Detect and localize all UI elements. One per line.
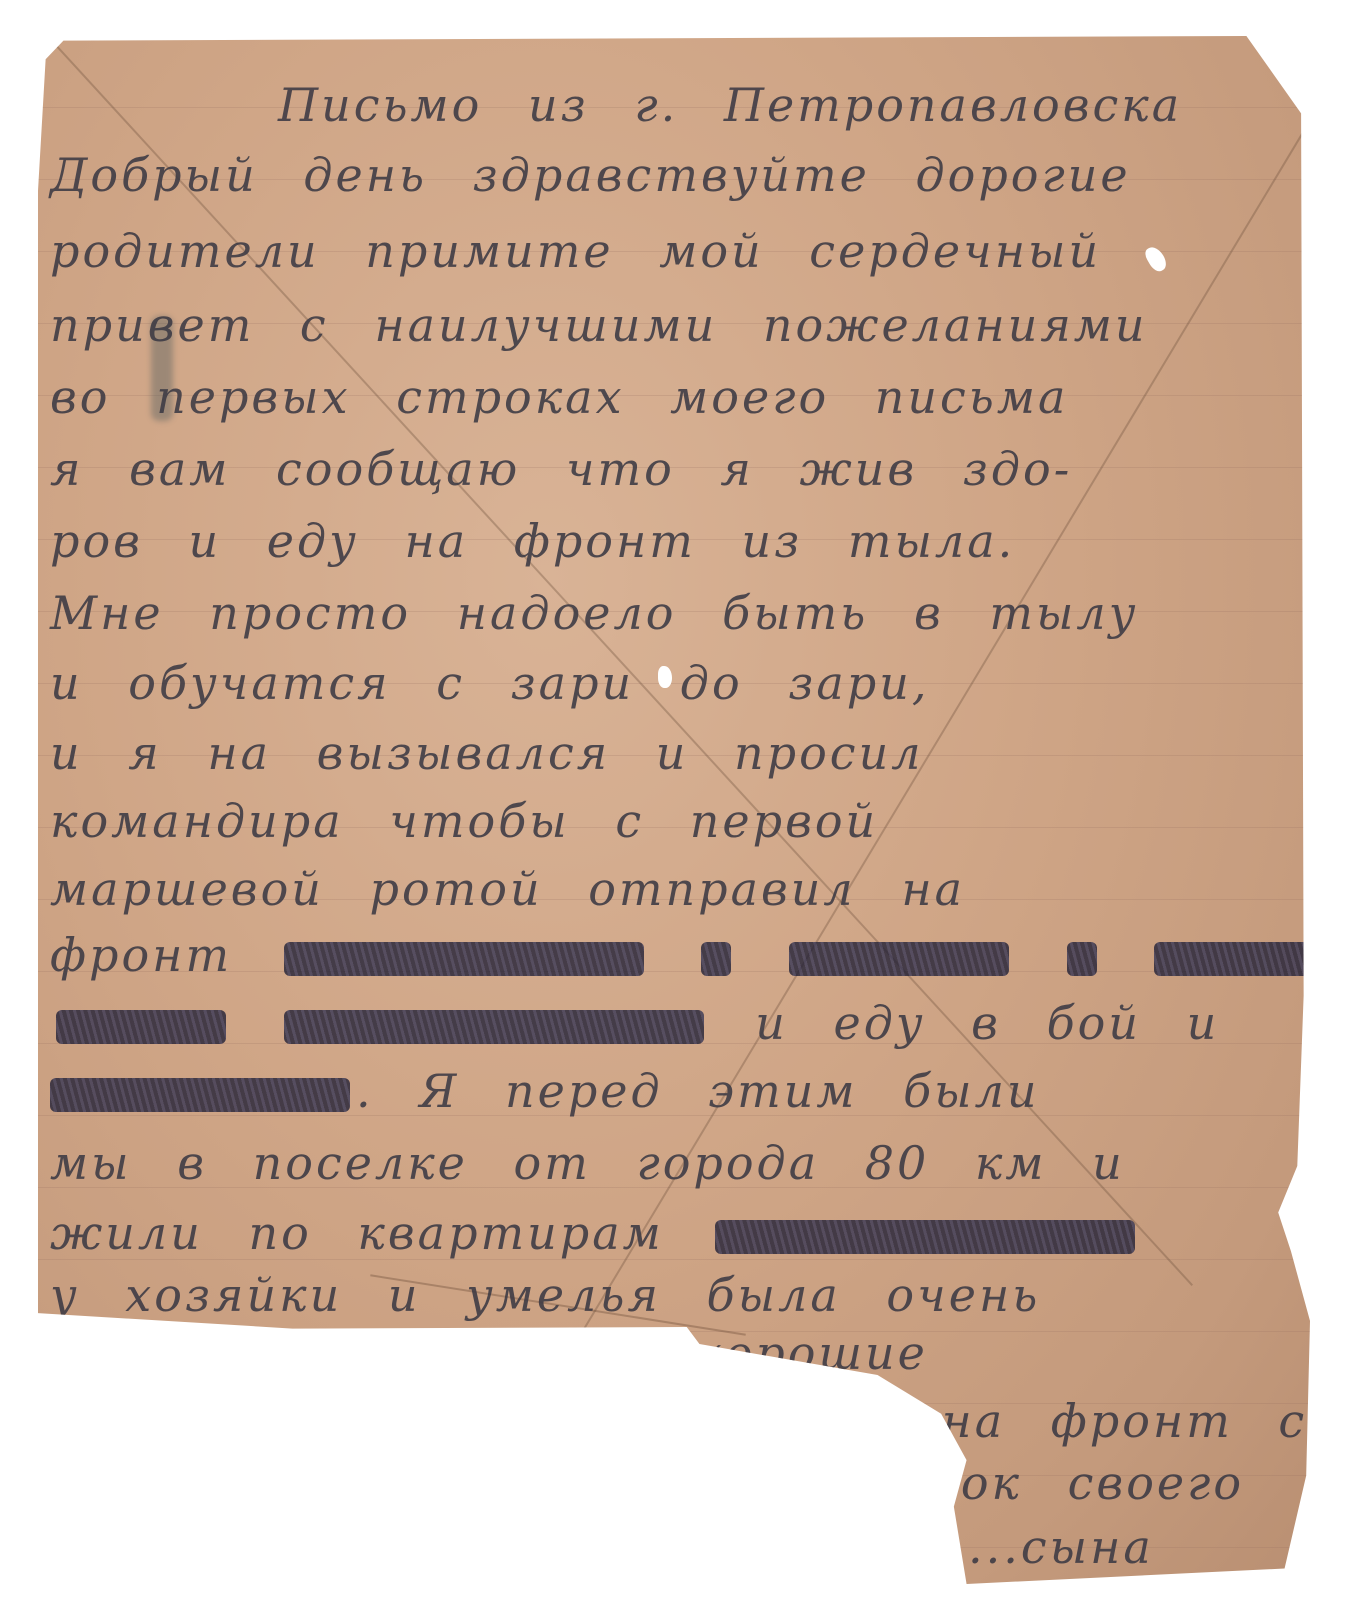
letter-line: ...ли на фронт со	[778, 1394, 1338, 1448]
letter-text: фронт	[50, 928, 232, 982]
redaction-mark	[789, 942, 1009, 976]
letter-sheet: Письмо из г. Петропавловска Добрый день …	[38, 36, 1310, 1584]
paper-hole	[1143, 244, 1170, 275]
letter-line-redacted: . Я перед этим были	[50, 1064, 1040, 1118]
redaction-mark	[1154, 942, 1314, 976]
redaction-mark	[284, 942, 644, 976]
letter-line: родители примите мой сердечный	[50, 224, 1101, 278]
letter-line: ...сына	[968, 1520, 1154, 1574]
letter-text: жили по квартирам	[50, 1206, 664, 1260]
redaction-mark	[1067, 942, 1097, 976]
letter-line: привет с наилучшими пожеланиями	[50, 298, 1148, 352]
letter-line-redacted: фронт	[50, 928, 1320, 982]
letter-line: и обучатся с зари до зари,	[50, 656, 929, 710]
letter-title: Письмо из г. Петропавловска	[278, 78, 1182, 132]
redaction-mark	[715, 1220, 1135, 1254]
letter-line: маршевой ротой отправил на	[50, 862, 965, 916]
letter-text: . Я перед этим были	[356, 1064, 1040, 1118]
letter-line: и я на вызывался и просил	[50, 726, 924, 780]
letter-line: ...ок своего	[908, 1456, 1244, 1510]
letter-line: во первых строках моего письма	[50, 370, 1068, 424]
letter-line-redacted: жили по квартирам	[50, 1206, 1141, 1260]
letter-line: Мне просто надоело быть в тылу	[50, 586, 1138, 640]
letter-line: мы в поселке от города 80 км и	[50, 1136, 1125, 1190]
letter-line: командира чтобы с первой	[50, 794, 878, 848]
redaction-mark	[50, 1078, 350, 1112]
letter-line-redacted: и еду в бой и	[50, 996, 1219, 1050]
redaction-mark	[56, 1010, 226, 1044]
redaction-mark	[701, 942, 731, 976]
letter-line: ров и еду на фронт из тыла.	[50, 514, 1015, 568]
letter-line: я вам сообщаю что я жив здо-	[50, 442, 1072, 496]
letter-line: у хозяйки и умелья была очень	[50, 1268, 1040, 1322]
letter-line: Добрый день здравствуйте дорогие	[50, 148, 1131, 202]
letter-line: хорошая ... и были хорошие	[58, 1326, 928, 1380]
redaction-mark	[284, 1010, 704, 1044]
letter-text: и еду в бой и	[755, 996, 1219, 1050]
